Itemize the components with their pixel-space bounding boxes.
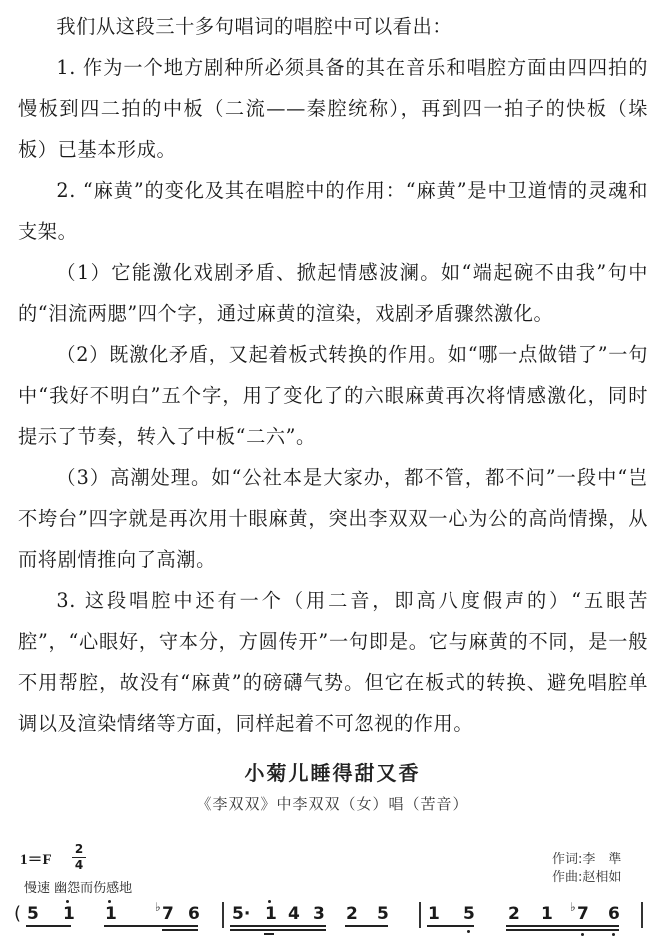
paragraph-sub-1: （1）它能激化戏剧矛盾、掀起情感波澜。如“端起碗不由我”句中的“泪流两腮”四个字…: [18, 252, 648, 334]
credits: 作词:李 準 作曲:赵相如: [552, 851, 621, 887]
tempo-marking: 慢速 幽怨而伤感地: [24, 877, 132, 896]
note: 1: [105, 904, 117, 924]
time-signature: 2 4: [72, 843, 86, 872]
beam: [427, 925, 474, 927]
beam: [162, 929, 198, 931]
note: 5·: [232, 904, 250, 924]
paragraph-intro: 我们从这段三十多句唱词的唱腔中可以看出：: [18, 6, 648, 47]
beam: [345, 925, 388, 927]
barline: [419, 902, 421, 928]
note: 6: [608, 904, 620, 924]
note: 1: [541, 904, 553, 924]
note: 5: [27, 904, 39, 924]
jianpu-score: ( 5 1 1 ♭ 7 6 5· 1 4 3 2 5 1 5 2 1 ♭ 7 6: [0, 898, 665, 945]
flat-sign: ♭: [570, 900, 576, 914]
lyricist: 作词:李 準: [552, 851, 621, 869]
low-octave-dot: [581, 933, 584, 936]
note: 5: [377, 904, 389, 924]
paragraph-point-1: 1. 作为一个地方剧种所必须具备的其在音乐和唱腔方面由四四拍的慢板到四二拍的中板…: [18, 47, 648, 170]
beam: [230, 929, 326, 931]
beam: [264, 933, 274, 935]
key-signature: 1＝F: [20, 848, 52, 869]
paragraph-sub-2: （2）既激化矛盾，又起着板式转换的作用。如“哪一点做错了”一句中“我好不明白”五…: [18, 334, 648, 457]
beam: [506, 929, 619, 931]
high-octave-dot: [268, 900, 271, 903]
beam: [104, 925, 198, 927]
flat-sign: ♭: [155, 900, 161, 914]
high-octave-dot: [108, 900, 111, 903]
note: 5: [463, 904, 475, 924]
time-signature-top: 2: [75, 842, 83, 856]
note: 3: [313, 904, 325, 924]
note: 4: [288, 904, 300, 924]
note: 1: [265, 904, 277, 924]
note: 7: [577, 904, 589, 924]
song-title: 小菊儿睡得甜又香: [0, 757, 665, 786]
note: 7: [162, 904, 174, 924]
paragraph-point-3: 3. 这段唱腔中还有一个（用二音，即高八度假声的）“五眼苦腔”，“心眼好，守本分…: [18, 580, 648, 744]
open-paren: (: [14, 903, 21, 924]
note: 2: [508, 904, 520, 924]
article-body: 我们从这段三十多句唱词的唱腔中可以看出： 1. 作为一个地方剧种所必须具备的其在…: [18, 6, 648, 744]
note: 6: [188, 904, 200, 924]
note: 1: [63, 904, 75, 924]
composer: 作曲:赵相如: [552, 869, 621, 887]
song-subtitle: 《李双双》中李双双（女）唱（苦音）: [0, 793, 665, 814]
barline: [222, 902, 224, 928]
beam: [230, 925, 326, 927]
note: 2: [346, 904, 358, 924]
beam: [26, 925, 71, 927]
low-octave-dot: [467, 930, 470, 933]
time-signature-bottom: 4: [75, 858, 83, 872]
beam: [506, 925, 619, 927]
paragraph-sub-3: （3）高潮处理。如“公社本是大家办，都不管，都不问”一段中“岂不垮台”四字就是再…: [18, 457, 648, 580]
paragraph-point-2: 2. “麻黄”的变化及其在唱腔中的作用：“麻黄”是中卫道情的灵魂和支架。: [18, 170, 648, 252]
high-octave-dot: [66, 900, 69, 903]
low-octave-dot: [612, 933, 615, 936]
barline: [641, 902, 643, 928]
note: 1: [428, 904, 440, 924]
